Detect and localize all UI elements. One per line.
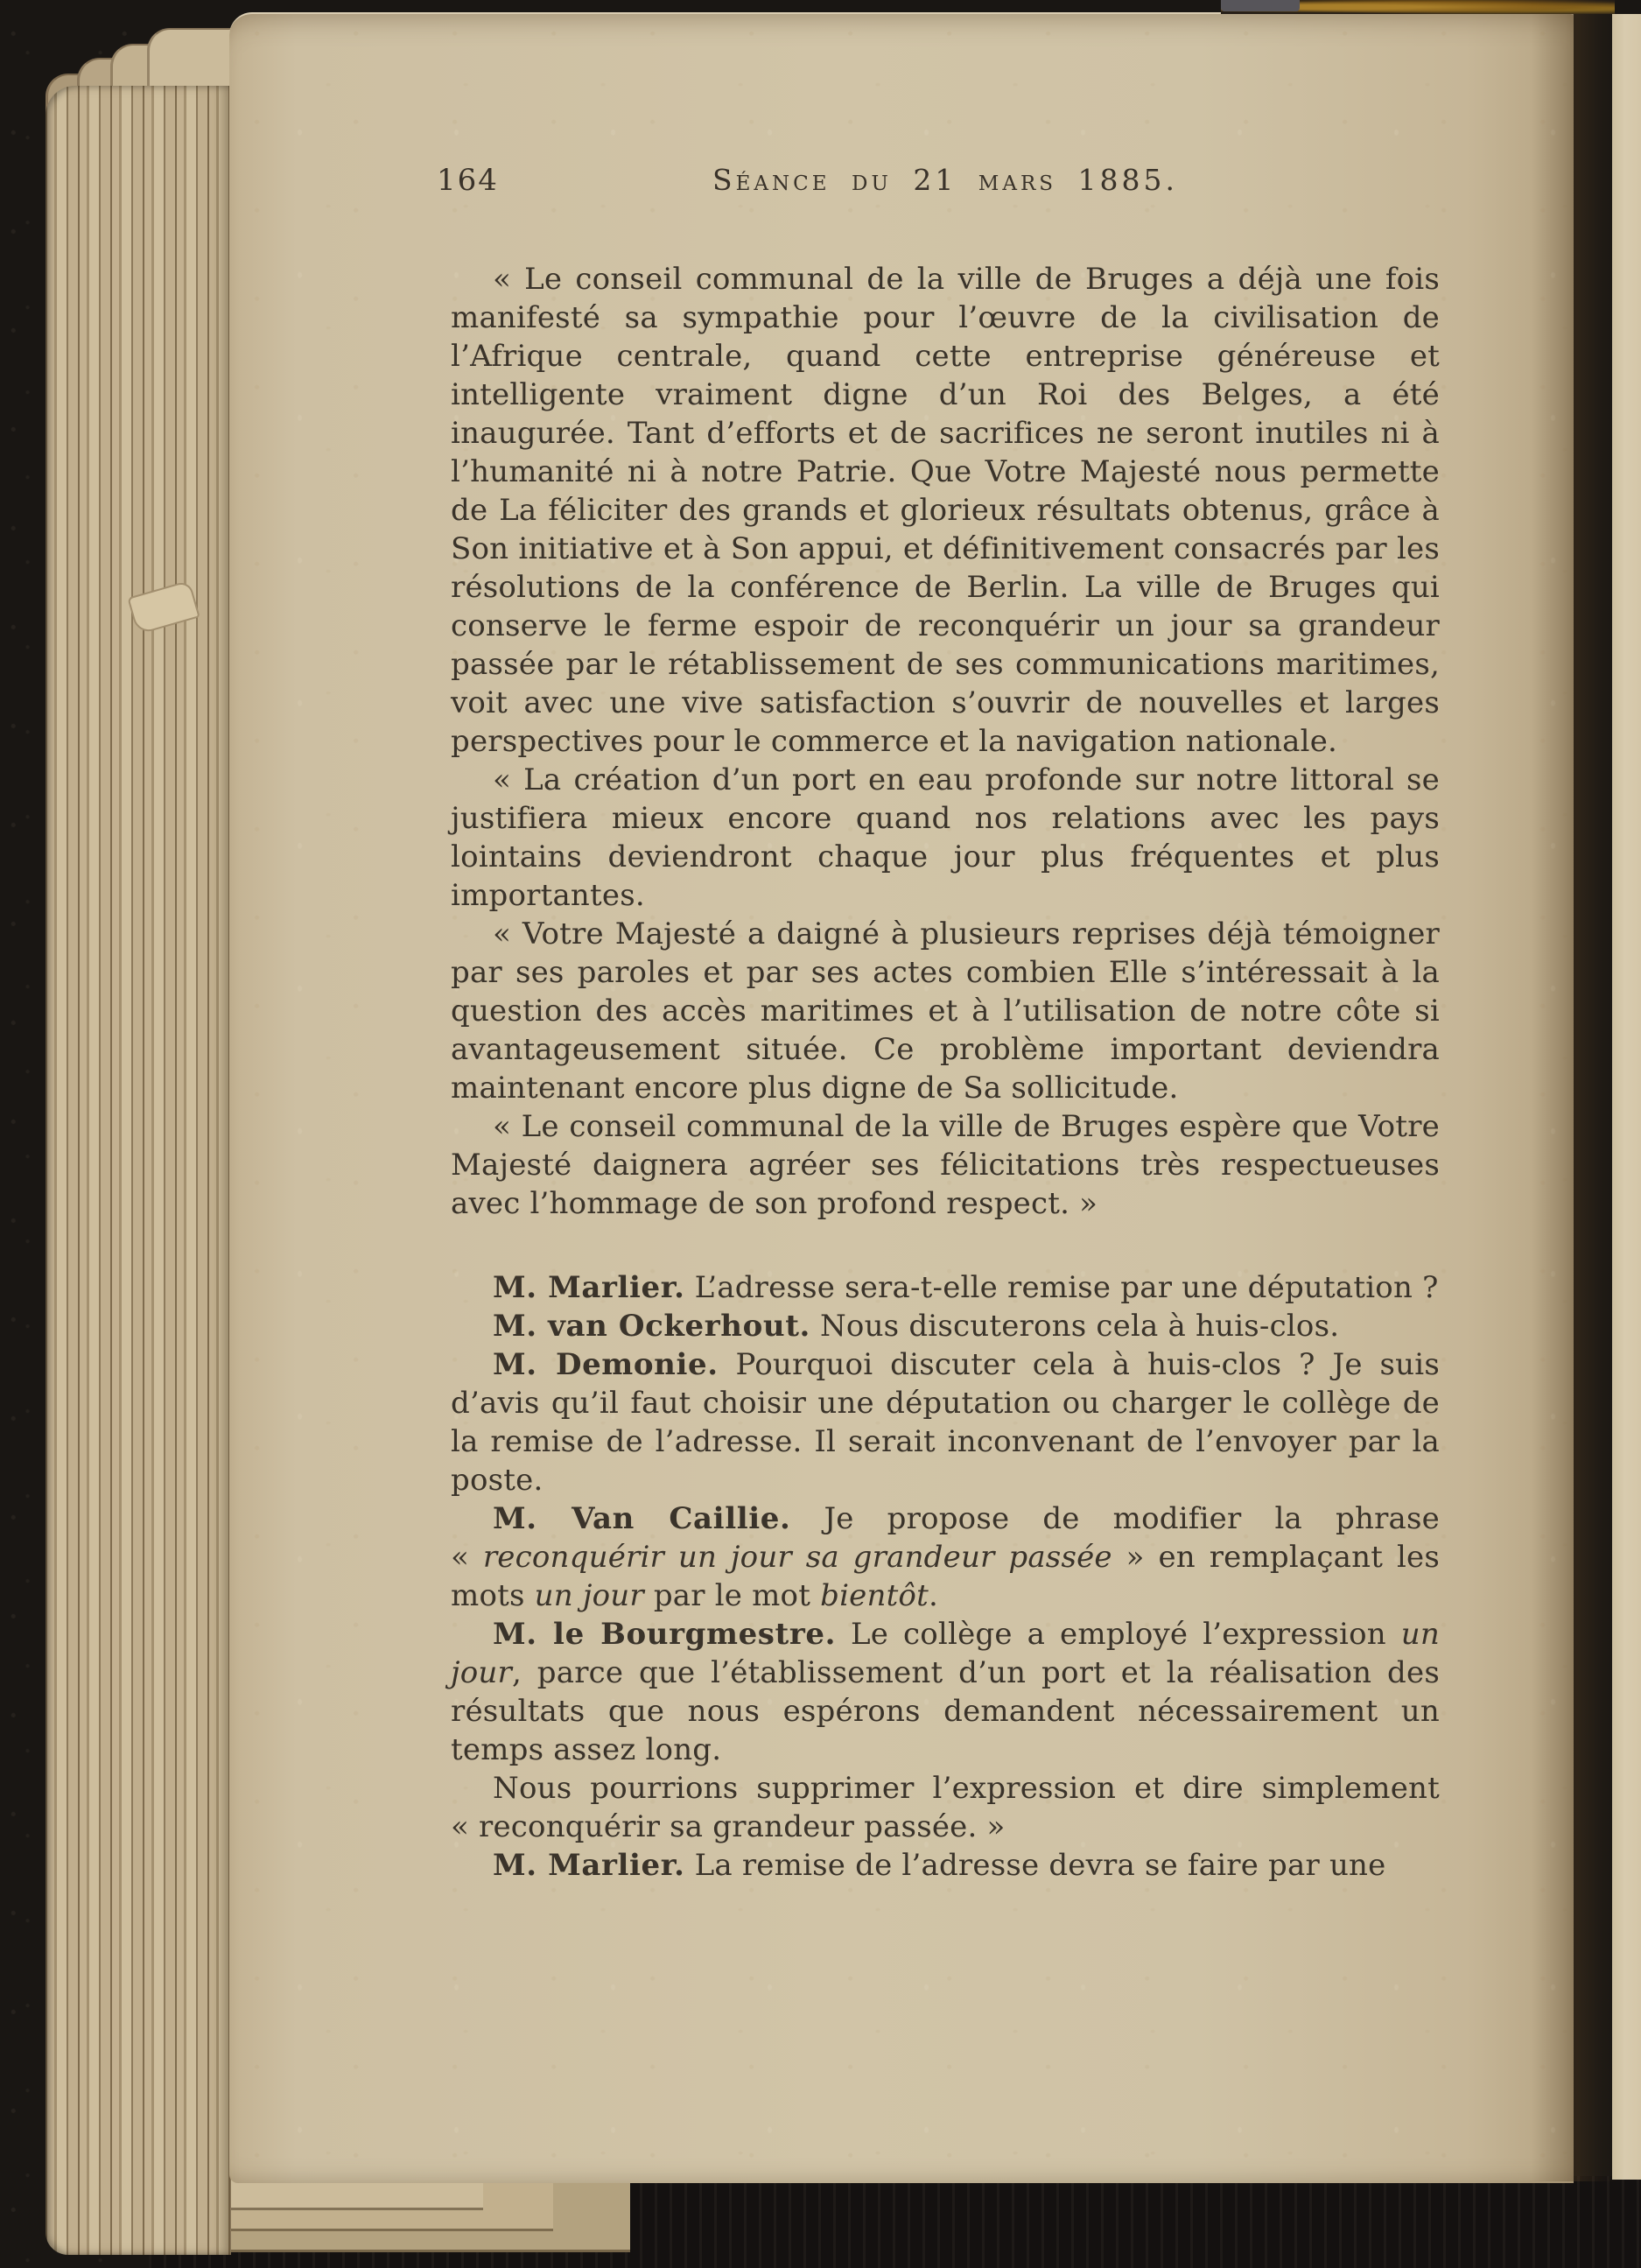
- text-block: « Le conseil communal de la ville de Bru…: [451, 260, 1440, 1885]
- speaker-name: M. Demonie.: [493, 1347, 719, 1382]
- text-segment: « Le conseil communal de la ville de Bru…: [451, 262, 1440, 759]
- page-title: Séance du 21 mars 1885.: [712, 163, 1178, 197]
- paragraph: M. le Bourgmestre. Le collège a employé …: [451, 1615, 1440, 1769]
- speaker-name: M. le Bourgmestre.: [493, 1617, 836, 1652]
- text-segment: bientôt: [820, 1578, 929, 1613]
- text-segment: un jour: [535, 1578, 644, 1613]
- book-scan-scene: 164 Séance du 21 mars 1885. « Le conseil…: [0, 0, 1641, 2268]
- paragraph: « Votre Majesté a daigné à plusieurs rep…: [451, 915, 1440, 1107]
- speaker-name: M. Marlier.: [493, 1270, 685, 1305]
- text-segment: L’adresse sera-t-elle remise par une dép…: [685, 1270, 1439, 1305]
- paragraph: M. Van Caillie. Je propose de modifier l…: [451, 1499, 1440, 1615]
- paragraph: « Le conseil communal de la ville de Bru…: [451, 260, 1440, 761]
- text-segment: La remise de l’adresse devra se faire pa…: [685, 1848, 1386, 1883]
- paragraph: « Le conseil communal de la ville de Bru…: [451, 1107, 1440, 1223]
- text-segment: Nous discuterons cela à huis-clos.: [810, 1309, 1339, 1344]
- book-page: 164 Séance du 21 mars 1885. « Le conseil…: [229, 12, 1574, 2183]
- text-segment: « Votre Majesté a daigné à plusieurs rep…: [451, 916, 1440, 1106]
- paragraph: « La création d’un port en eau profonde …: [451, 761, 1440, 915]
- text-segment: « La création d’un port en eau profonde …: [451, 762, 1440, 913]
- text-segment: Nous pourrions supprimer l’expression et…: [451, 1771, 1440, 1844]
- running-header: 164 Séance du 21 mars 1885.: [451, 163, 1440, 203]
- paragraph: M. Marlier. L’adresse sera-t-elle remise…: [451, 1268, 1440, 1307]
- page-content: 164 Séance du 21 mars 1885. « Le conseil…: [451, 14, 1440, 2183]
- speaker-name: M. van Ockerhout.: [493, 1309, 810, 1344]
- paragraph: M. Marlier. La remise de l’adresse devra…: [451, 1846, 1440, 1885]
- paragraph: M. van Ockerhout. Nous discuterons cela …: [451, 1307, 1440, 1345]
- speaker-name: M. Marlier.: [493, 1848, 685, 1883]
- facing-page-sliver: [1612, 14, 1641, 2180]
- paragraph: M. Demonie. Pourquoi discuter cela à hui…: [451, 1345, 1440, 1499]
- text-segment: reconquérir un jour sa grandeur passée: [483, 1540, 1112, 1575]
- stacked-page-corner: [147, 28, 232, 86]
- page-edge-stack: [46, 86, 231, 2255]
- paragraph: Nous pourrions supprimer l’expression et…: [451, 1769, 1440, 1846]
- text-segment: Le collège a employé l’expression: [836, 1617, 1401, 1652]
- text-segment: , parce que l’établissement d’un port et…: [451, 1655, 1440, 1767]
- gutter-shadow: [1532, 12, 1619, 2181]
- page-number: 164: [437, 163, 499, 198]
- text-segment: « Le conseil communal de la ville de Bru…: [451, 1109, 1440, 1221]
- speaker-name: M. Van Caillie.: [493, 1501, 790, 1536]
- binding-clamp: [1221, 0, 1300, 11]
- text-segment: par le mot: [644, 1578, 820, 1613]
- text-segment: .: [929, 1578, 938, 1613]
